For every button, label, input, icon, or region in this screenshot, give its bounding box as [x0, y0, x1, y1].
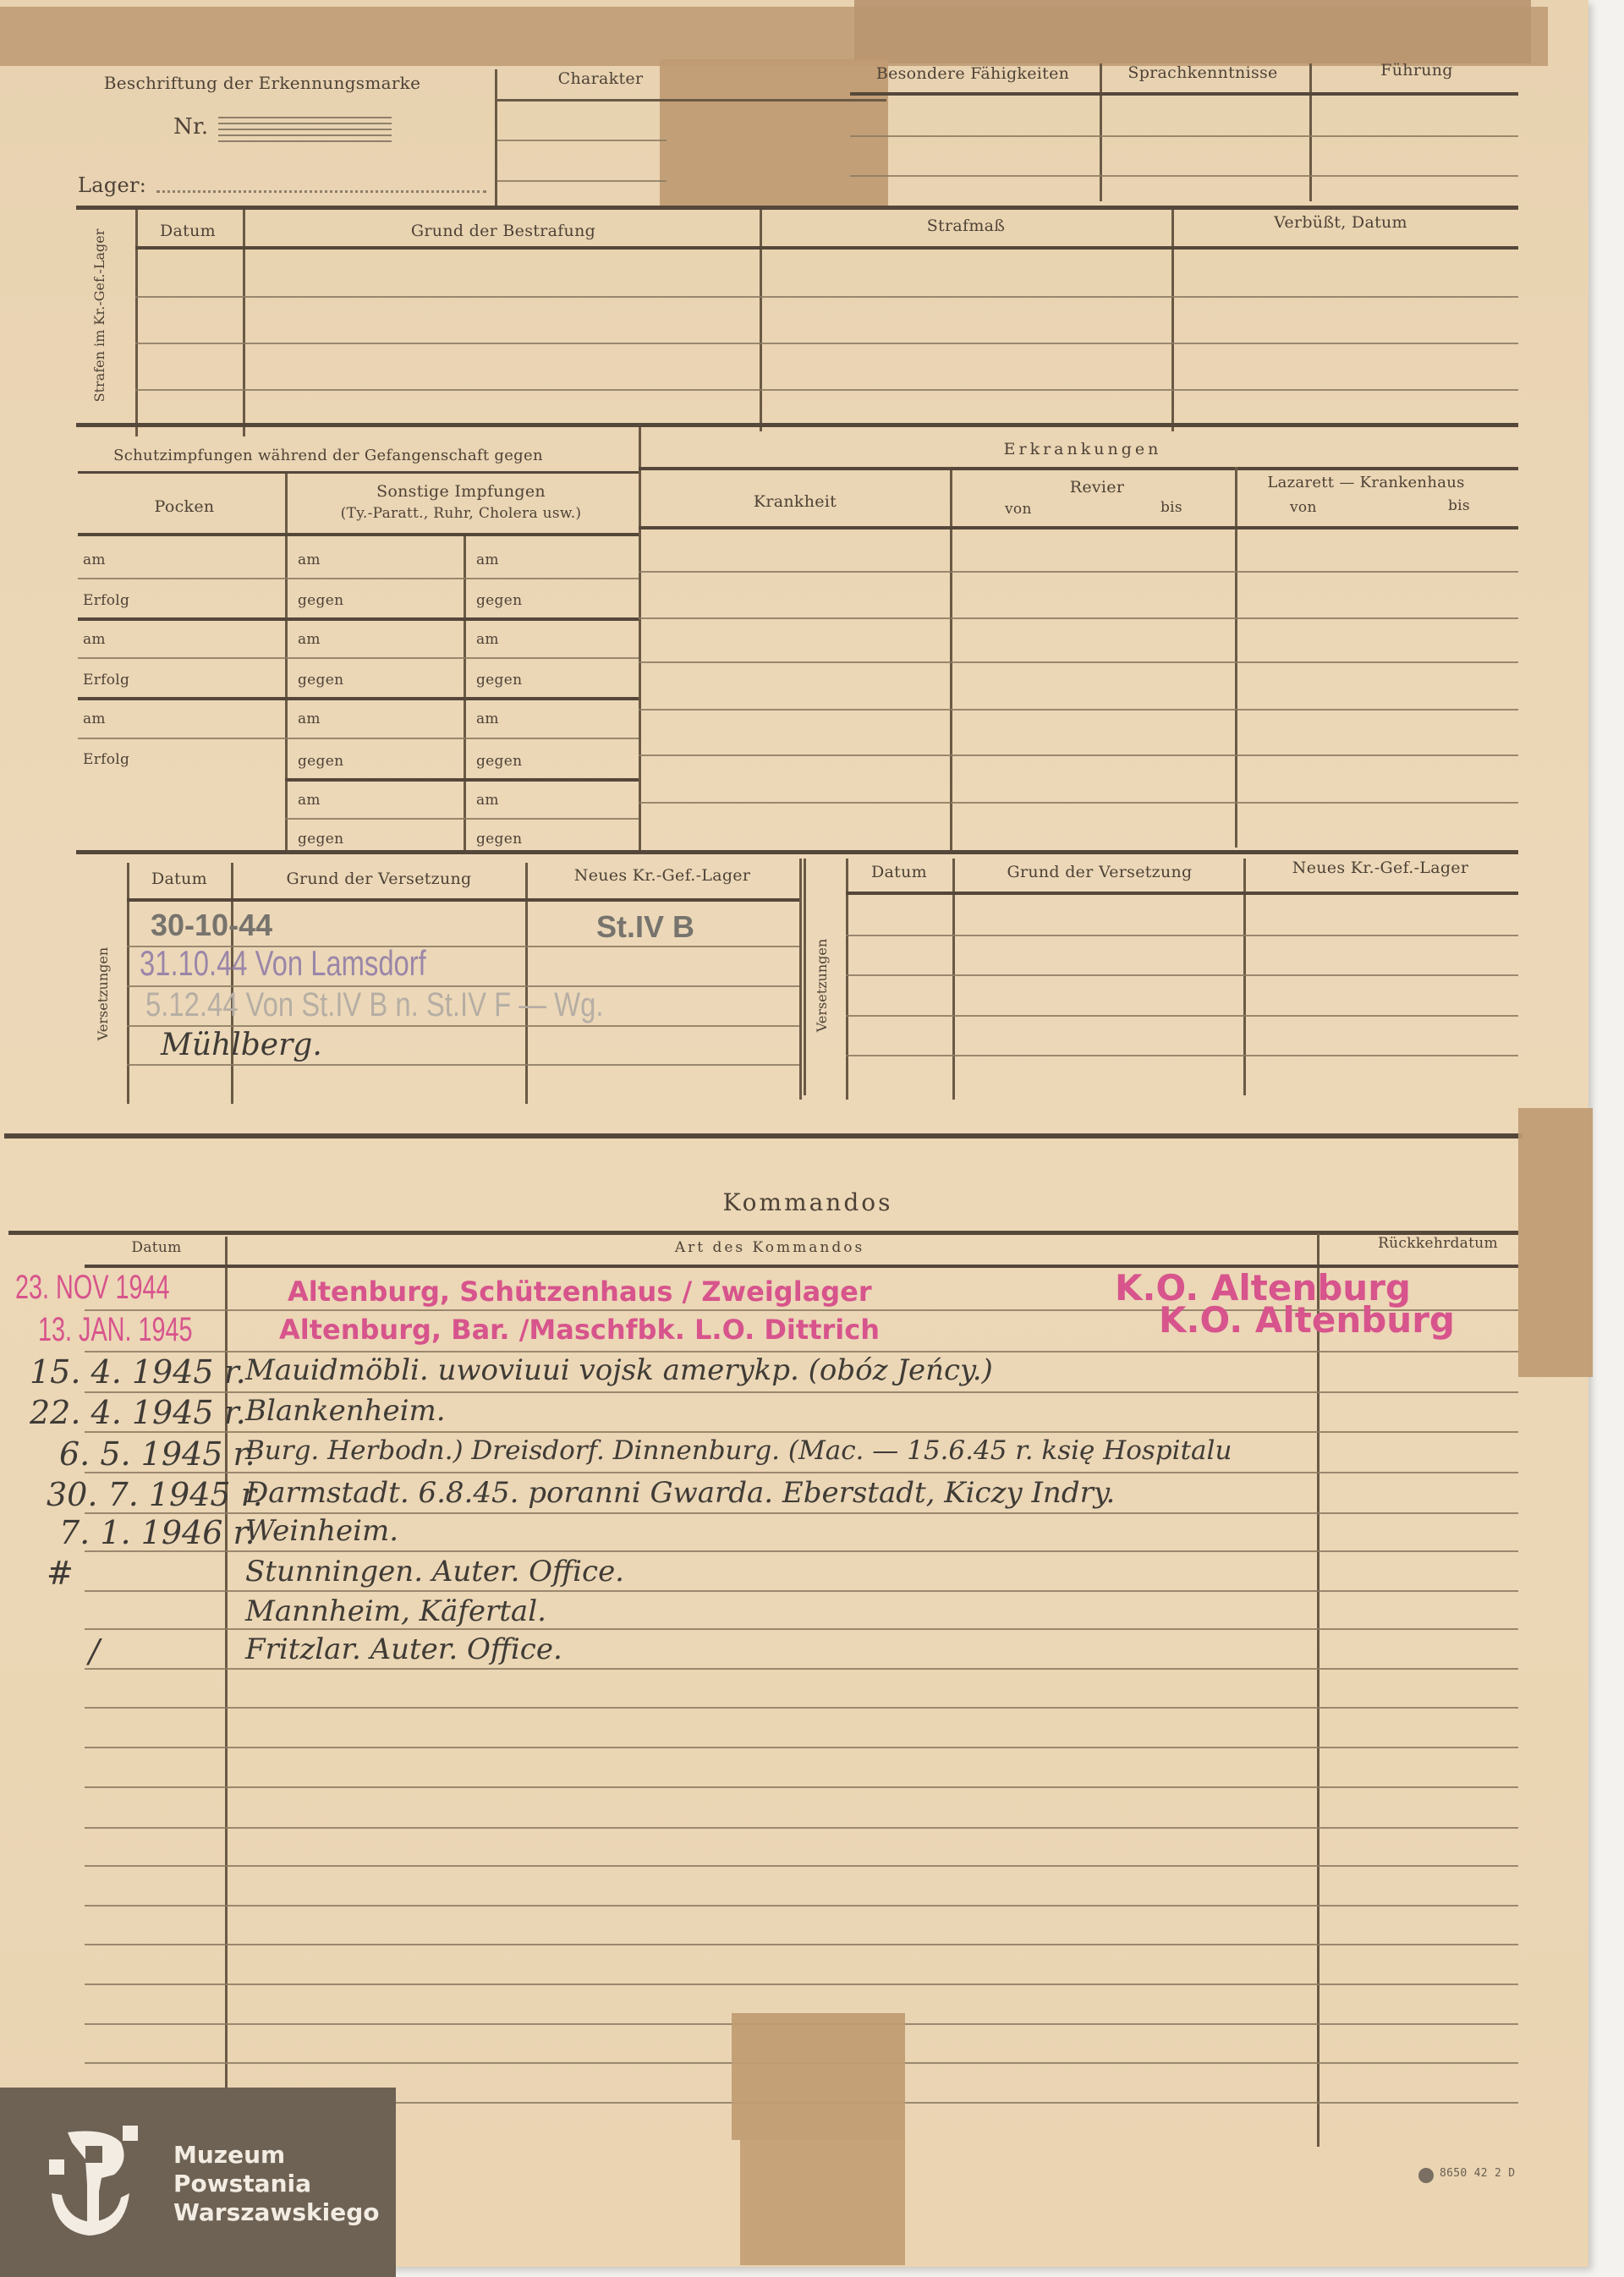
- vacc-col-other: Sonstige Impfungen: [376, 482, 546, 501]
- kommandos-col-datum: Datum: [131, 1239, 181, 1256]
- transfer-iv-b-stamp: 5.12.44 Von St.IV B n. St.IV F — Wg.: [145, 986, 603, 1024]
- kommando-date-stamp-2: 13. JAN. 1945: [38, 1311, 193, 1349]
- transfer-col-datum-right: Datum: [871, 863, 927, 881]
- transfer-signature: Mühlberg.: [161, 1028, 322, 1062]
- museum-name-line3: Warszawskiego: [173, 2199, 379, 2226]
- hw-date-3: 6. 5. 1945 r.: [59, 1435, 255, 1473]
- kommando-text-stamp-1: Altenburg, Schützenhaus / Zweiglager: [288, 1276, 872, 1308]
- character-header: Charakter: [558, 69, 644, 88]
- hw-date-5: 7. 1. 1946 r.: [59, 1514, 255, 1551]
- hw-text-4: Darmstadt. 6.8.45. poranni Gwarda. Ebers…: [245, 1476, 1115, 1510]
- transfer-col-camp-left: Neues Kr.-Gef.-Lager: [574, 866, 750, 885]
- transfer-col-camp-right: Neues Kr.-Gef.-Lager: [1292, 859, 1468, 877]
- illness-col-lazarett: Lazarett — Krankenhaus: [1267, 474, 1464, 491]
- illness-col-krankheit: Krankheit: [754, 492, 837, 511]
- punish-col-sentence: Strafmaß: [927, 217, 1006, 235]
- nr-label: Nr.: [173, 114, 209, 140]
- lazarett-von: von: [1290, 499, 1317, 516]
- punish-col-datum: Datum: [160, 222, 216, 240]
- hw-date-2: 22. 4. 1945 r.: [30, 1394, 246, 1431]
- hw-text-1: Mauidmöbli. uwoviuui vojsk amerykp. (obó…: [245, 1353, 993, 1387]
- vacc-col-pocken: Pocken: [155, 497, 215, 516]
- language-header: Sprachkenntnisse: [1127, 63, 1277, 82]
- illness-col-revier: Revier: [1070, 478, 1125, 497]
- transfer-col-reason-left: Grund der Versetzung: [286, 870, 471, 888]
- revier-bis: bis: [1160, 499, 1182, 516]
- vacc-title: Schutzimpfungen während der Gefangenscha…: [113, 447, 543, 464]
- kommando-date-stamp-1: 23. NOV 1944: [15, 1269, 170, 1307]
- illness-title: Erkrankungen: [1004, 440, 1162, 458]
- museum-name-line1: Muzeum: [173, 2142, 285, 2169]
- vacc-col-other-sub: (Ty.-Paratt., Ruhr, Cholera usw.): [341, 505, 582, 522]
- kommandos-col-return: Rückkehrdatum: [1378, 1235, 1498, 1252]
- hw-text-8: Fritzlar. Auter. Office.: [245, 1632, 562, 1666]
- tape-bottom-upper: [732, 2013, 905, 2140]
- hw-text-2: Blankenheim.: [245, 1394, 446, 1428]
- lazarett-bis: bis: [1448, 497, 1470, 514]
- document-paper: Beschriftung der Erkennungsmarke Nr. Lag…: [0, 0, 1588, 2267]
- skills-header: Besondere Fähigkeiten: [876, 64, 1069, 83]
- tag-header: Beschriftung der Erkennungsmarke: [104, 73, 420, 93]
- tape-right-mid: [1518, 1108, 1593, 1377]
- hw-text-6: Stunningen. Auter. Office.: [245, 1555, 624, 1588]
- ko-altenburg-stamp-2: K.O. Altenburg: [1159, 1299, 1455, 1341]
- kommandos-col-art: Art des Kommandos: [675, 1239, 864, 1256]
- transfer-camp-stamp: St.IV B: [596, 909, 694, 945]
- print-code: 8650 42 2 D: [1440, 2167, 1515, 2180]
- hw-date-8: /: [89, 1632, 100, 1670]
- revier-von: von: [1005, 501, 1032, 518]
- lager-label: Lager:: [78, 173, 146, 197]
- transfer-lamsdorf-stamp: 31.10.44 Von Lamsdorf: [140, 943, 426, 984]
- transfer-date-stamp: 30-10-44: [151, 908, 272, 943]
- transfers-side-label-right: Versetzungen: [814, 935, 830, 1036]
- hw-text-7: Mannheim, Käfertal.: [245, 1594, 546, 1628]
- hw-date-1: 15. 4. 1945 r.: [30, 1353, 246, 1391]
- punish-col-reason: Grund der Bestrafung: [411, 222, 595, 240]
- transfers-side-label-left: Versetzungen: [95, 935, 111, 1053]
- transfer-col-datum-left: Datum: [151, 870, 207, 888]
- conduct-header: Führung: [1380, 61, 1452, 80]
- kommandos-title: Kommandos: [722, 1188, 892, 1216]
- kommando-text-stamp-2: Altenburg, Bar. /Maschfbk. L.O. Dittrich: [279, 1314, 880, 1346]
- hw-text-3: Burg. Herbodn.) Dreisdorf. Dinnenburg. (…: [245, 1435, 1232, 1466]
- museum-name-line2: Powstania: [173, 2170, 311, 2197]
- tape-character: [660, 59, 888, 207]
- nr-field: [218, 117, 392, 142]
- hw-date-6: #: [47, 1555, 74, 1592]
- punish-col-served: Verbüßt, Datum: [1274, 213, 1407, 232]
- kotwica-anchor-icon: [47, 2126, 144, 2244]
- punishments-side-label: Strafen im Kr.-Gef.-Lager: [91, 227, 107, 404]
- lager-field: [156, 190, 486, 193]
- printer-mark-icon: [1418, 2168, 1434, 2183]
- hw-text-5: Weinheim.: [245, 1514, 398, 1548]
- hw-date-4: 30. 7. 1945 r.: [47, 1476, 263, 1513]
- tape-top-right: [854, 0, 1531, 63]
- museum-watermark: Muzeum Powstania Warszawskiego: [0, 2088, 396, 2277]
- transfer-col-reason-right: Grund der Versetzung: [1007, 863, 1192, 881]
- tape-bottom-lower: [740, 2140, 905, 2265]
